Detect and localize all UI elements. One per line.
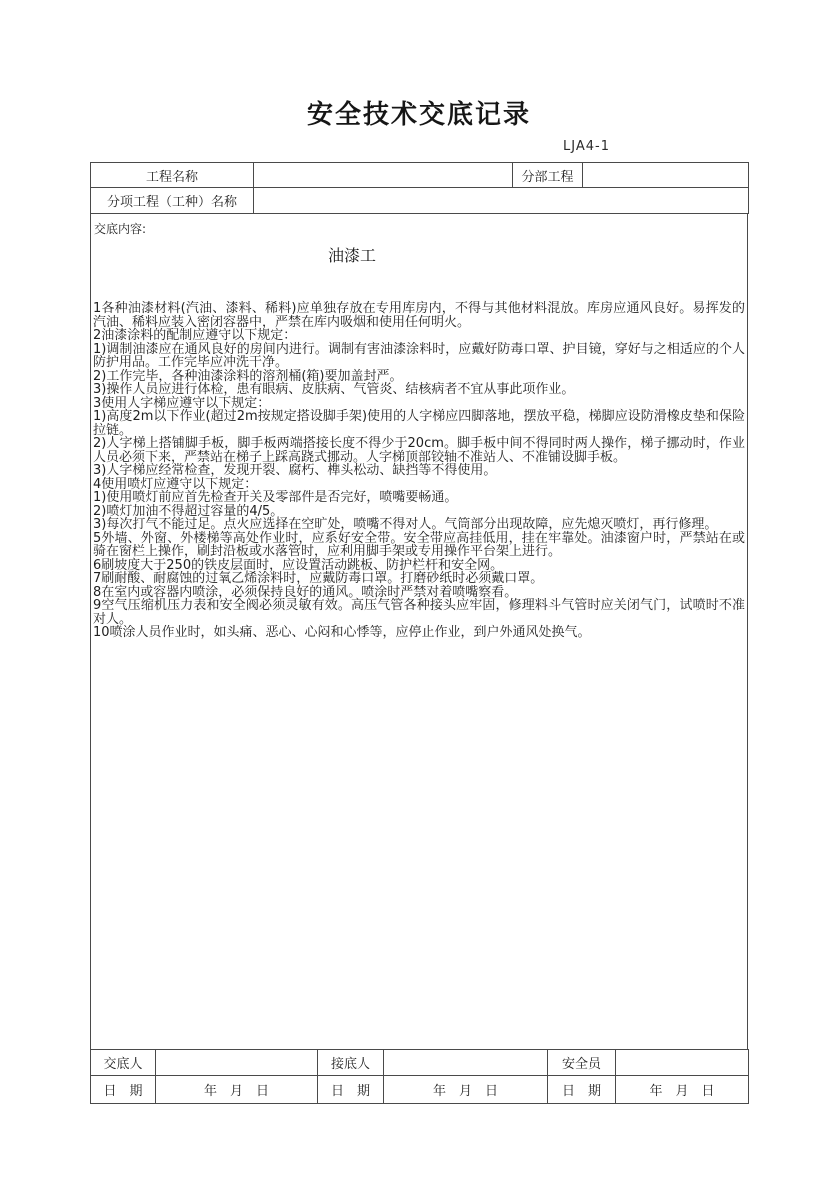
content-item: 3)操作人员应进行体检，患有眼病、皮肤病、气管炎、结核病者不宜从事此项作业。 — [93, 383, 745, 397]
subitem-value-cell — [254, 188, 749, 214]
receiver-value-cell — [384, 1050, 548, 1076]
content-item: 9空气压缩机压力表和安全阀必须灵敏有效。高压气管各种接头应牢固，修理料斗气管时应… — [93, 599, 745, 626]
safety-officer-label: 安全员 — [548, 1050, 616, 1076]
discloser-label: 交底人 — [91, 1050, 156, 1076]
content-item: 1各种油漆材料(汽油、漆料、稀料)应单独存放在专用库房内，不得与其他材料混放。库… — [93, 302, 745, 329]
project-name-label: 工程名称 — [91, 163, 254, 188]
project-name-value-cell — [254, 163, 513, 188]
receiver-label: 接底人 — [318, 1050, 384, 1076]
disclosure-content-label: 交底内容: — [94, 220, 146, 237]
header-table: 工程名称 分部工程 分项工程（工种）名称 — [90, 162, 749, 214]
content-item: 1)使用喷灯前应首先检查开关及零部件是否完好，喷嘴要畅通。 — [93, 491, 745, 505]
content-item: 4使用喷灯应遵守以下规定： — [93, 478, 745, 492]
content-item: 3使用人字梯应遵守以下规定： — [93, 397, 745, 411]
safety-officer-value-cell — [616, 1050, 749, 1076]
content-item: 7刷耐酸、耐腐蚀的过氧乙烯涂料时，应戴防毒口罩。打磨砂纸时必须戴口罩。 — [93, 572, 745, 586]
division-value-cell — [583, 163, 749, 188]
document-page: 安全技术交底记录 LJA4-1 工程名称 分部工程 分项工程（工种）名称 交底内… — [0, 0, 838, 1186]
form-code: LJA4-1 — [563, 139, 610, 154]
content-item: 1)高度2m以下作业(超过2m按规定搭设脚手架)使用的人字梯应四脚落地，摆放平稳… — [93, 410, 745, 437]
content-item: 2)工作完毕，各种油漆涂料的溶剂桶(箱)要加盖封严。 — [93, 370, 745, 384]
content-item: 6刷坡度大于250的铁皮层面时，应设置活动跳板、防护栏杆和安全网。 — [93, 559, 745, 573]
content-item: 3)每次打气不能过足。点火应选择在空旷处，喷嘴不得对人。气筒部分出现故障，应先熄… — [93, 518, 745, 532]
form-table: 工程名称 分部工程 分项工程（工种）名称 交底内容: 油漆工 1各种油漆材料(汽… — [90, 162, 748, 1104]
content-body: 1各种油漆材料(汽油、漆料、稀料)应单独存放在专用库房内，不得与其他材料混放。库… — [93, 302, 745, 640]
safety-officer-date-value: 年 月 日 — [616, 1076, 749, 1104]
discloser-date-label: 日 期 — [91, 1076, 156, 1104]
trade-heading: 油漆工 — [91, 243, 747, 266]
content-item: 5外墙、外窗、外楼梯等高处作业时，应系好安全带。安全带应高挂低用，挂在牢靠处。油… — [93, 532, 745, 559]
content-item: 2)人字梯上搭铺脚手板，脚手板两端搭接长度不得少于20cm。脚手板中间不得同时两… — [93, 437, 745, 464]
content-item: 2油漆涂料的配制应遵守以下规定： — [93, 329, 745, 343]
content-item: 10喷涂人员作业时，如头痛、恶心、心闷和心悸等，应停止作业，到户外通风处换气。 — [93, 626, 745, 640]
safety-officer-date-label: 日 期 — [548, 1076, 616, 1104]
content-item: 8在室内或容器内喷涂，必须保持良好的通风。喷涂时严禁对着喷嘴察看。 — [93, 586, 745, 600]
discloser-date-value: 年 月 日 — [156, 1076, 318, 1104]
subitem-label: 分项工程（工种）名称 — [91, 188, 254, 214]
content-item: 3)人字梯应经常检查，发现开裂、腐朽、榫头松动、缺挡等不得使用。 — [93, 464, 745, 478]
discloser-value-cell — [156, 1050, 318, 1076]
disclosure-content-cell: 交底内容: 油漆工 1各种油漆材料(汽油、漆料、稀料)应单独存放在专用库房内，不… — [90, 214, 748, 1049]
division-label: 分部工程 — [513, 163, 583, 188]
page-title: 安全技术交底记录 — [0, 94, 838, 131]
receiver-date-label: 日 期 — [318, 1076, 384, 1104]
content-item: 2)喷灯加油不得超过容量的4/5。 — [93, 505, 745, 519]
signature-table: 交底人 接底人 安全员 日 期 年 月 日 日 期 年 月 日 日 期 年 月 … — [90, 1049, 749, 1104]
content-item: 1)调制油漆应在通风良好的房间内进行。调制有害油漆涂料时，应戴好防毒口罩、护目镜… — [93, 343, 745, 370]
receiver-date-value: 年 月 日 — [384, 1076, 548, 1104]
